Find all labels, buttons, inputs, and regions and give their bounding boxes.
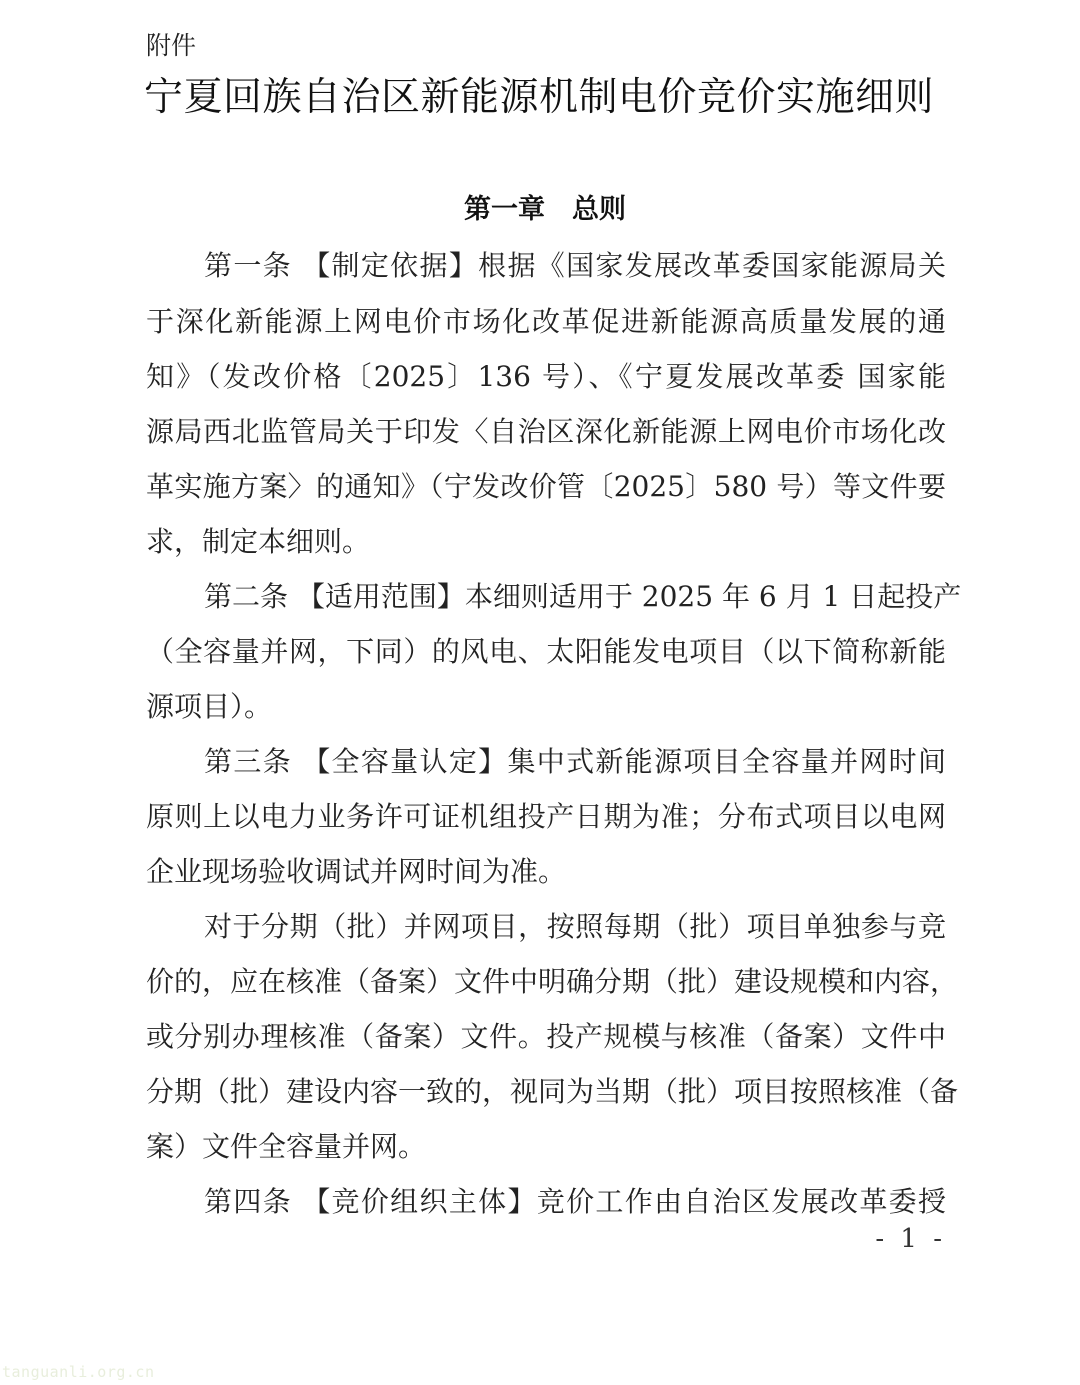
body-line: 革实施方案〉的通知》（宁发改价管〔2025〕580 号）等文件要	[146, 467, 946, 507]
body-line: 或分别办理核准（备案）文件。投产规模与核准（备案）文件中	[146, 1017, 946, 1057]
body-line: 案）文件全容量并网。	[146, 1127, 946, 1167]
body-line: 价的，应在核准（备案）文件中明确分期（批）建设规模和内容，	[146, 962, 946, 1002]
body-line: 知》（发改价格〔2025〕136 号）、《宁夏发展改革委 国家能	[146, 357, 946, 397]
chapter-heading: 第一章 总则	[0, 192, 1080, 228]
body-line: 第二条 【适用范围】本细则适用于 2025 年 6 月 1 日起投产	[204, 577, 946, 617]
page-number: - 1 -	[875, 1222, 946, 1256]
body-line: 源局西北监管局关于印发〈自治区深化新能源上网电价市场化改	[146, 412, 946, 452]
watermark: tanguanli.org.cn	[2, 1363, 155, 1381]
body-line: 源项目）。	[146, 687, 946, 727]
body-line: 于深化新能源上网电价市场化改革促进新能源高质量发展的通	[146, 302, 946, 342]
body-line: 原则上以电力业务许可证机组投产日期为准；分布式项目以电网	[146, 797, 946, 837]
body-line: 分期（批）建设内容一致的，视同为当期（批）项目按照核准（备	[146, 1072, 946, 1112]
body-line: （全容量并网，下同）的风电、太阳能发电项目（以下简称新能	[146, 632, 946, 672]
body-line: 求，制定本细则。	[146, 522, 946, 562]
body-line: 第四条 【竞价组织主体】竞价工作由自治区发展改革委授	[204, 1182, 946, 1222]
body-line: 第一条 【制定依据】根据《国家发展改革委国家能源局关	[204, 246, 946, 286]
body-line: 对于分期（批）并网项目，按照每期（批）项目单独参与竞	[204, 907, 946, 947]
body-line: 企业现场验收调试并网时间为准。	[146, 852, 946, 892]
document-title: 宁夏回族自治区新能源机制电价竞价实施细则	[144, 73, 954, 123]
body-line: 第三条 【全容量认定】集中式新能源项目全容量并网时间	[204, 742, 946, 782]
document-page: 附件 宁夏回族自治区新能源机制电价竞价实施细则 第一章 总则 第一条 【制定依据…	[0, 0, 1080, 1385]
attachment-label: 附件	[146, 30, 196, 62]
